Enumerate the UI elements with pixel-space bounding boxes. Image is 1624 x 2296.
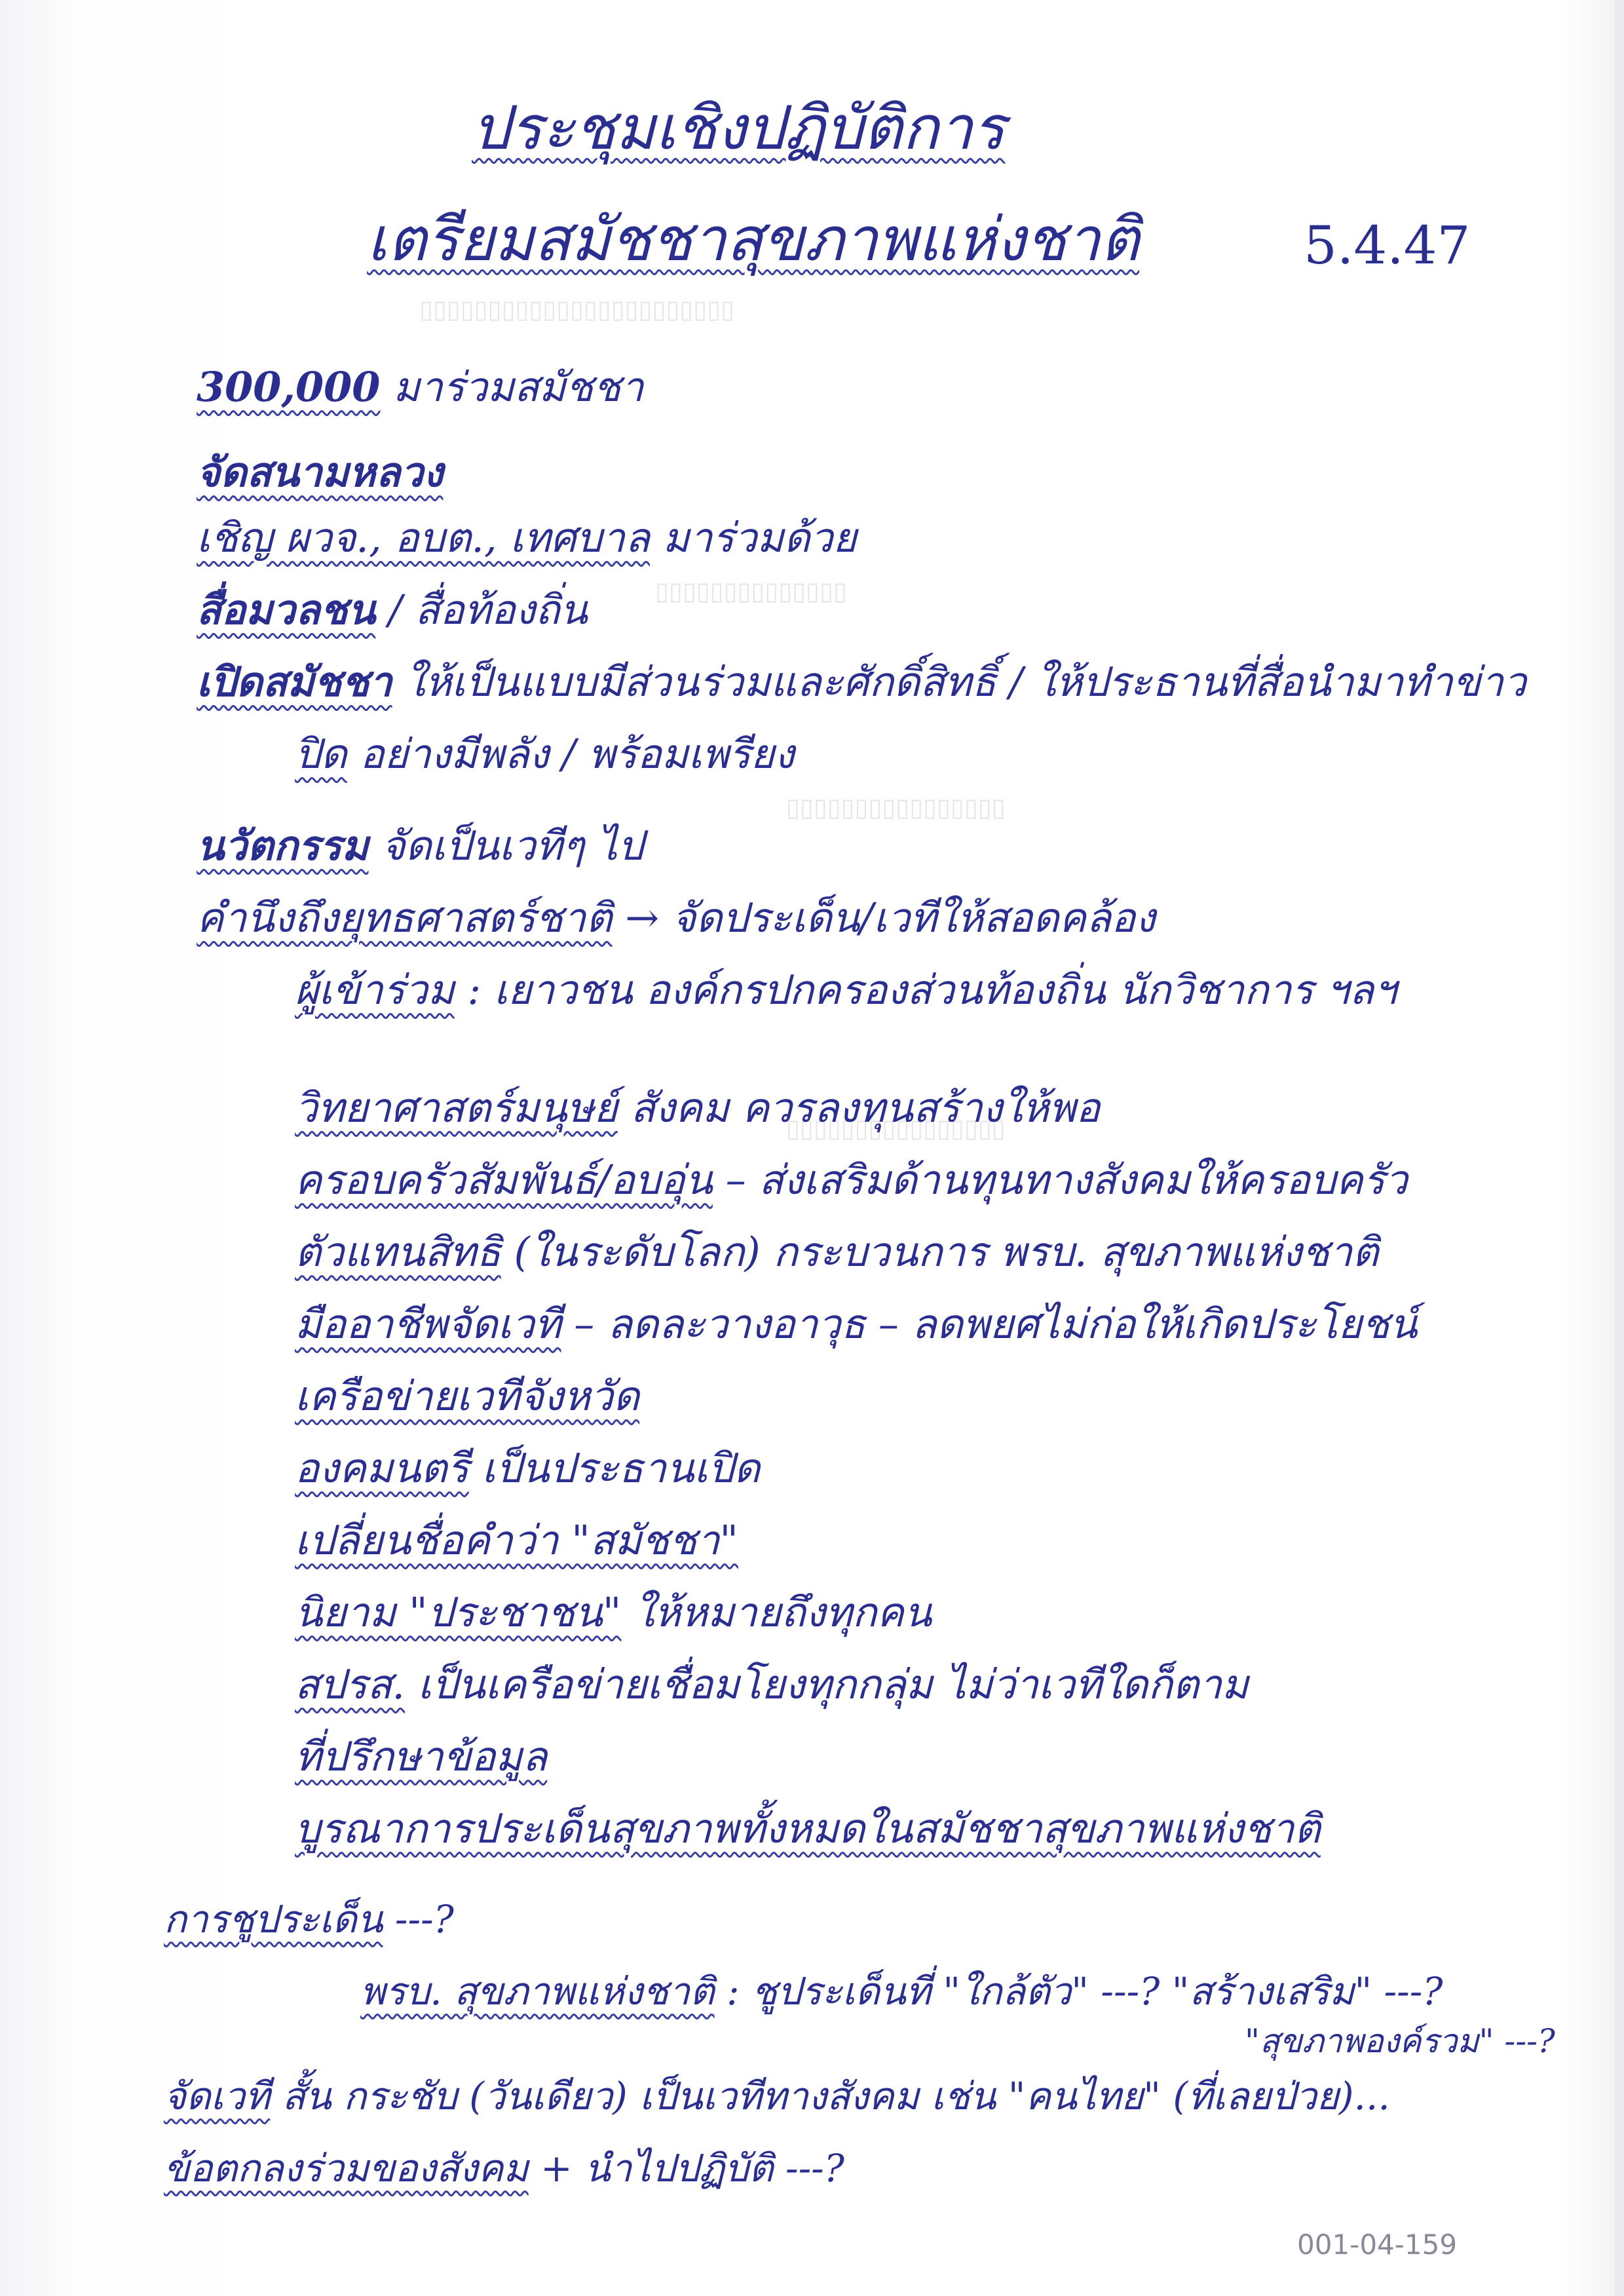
note-lower-line: จัดเวที สั้น กระชับ (วันเดียว) เป็นเวทีท…: [164, 2077, 1390, 2115]
note-line-heading: นวัตกรรม: [197, 822, 368, 870]
note-line-text: – ส่งเสริมด้านทุนทางสังคมให้ครอบครัว: [713, 1156, 1408, 1204]
note-line: จัดสนามหลวง: [197, 452, 443, 493]
note-line-heading: เปลี่ยนชื่อคำว่า "สมัชชา": [295, 1516, 738, 1564]
note-line: สปรส. เป็นเครือข่ายเชื่อมโยงทุกกลุ่ม ไม่…: [295, 1664, 1249, 1705]
note-line-heading: เครือข่ายเวทีจังหวัด: [295, 1372, 639, 1420]
note-line-text: → จัดประเด็น/เวทีให้สอดคล้อง: [613, 894, 1156, 942]
note-line-text: – ลดละวางอาวุธ – ลดพยศไม่ก่อให้เกิดประโย…: [561, 1300, 1418, 1348]
bleed-through-text: ▯▯▯▯▯▯▯▯▯▯▯▯▯▯▯▯▯▯▯▯▯▯▯: [419, 295, 734, 324]
archive-stamp: 001-04-159: [1297, 2231, 1457, 2259]
note-line-text: ให้หมายถึงทุกคน: [621, 1588, 932, 1636]
note-lower-line: ข้อตกลงร่วมของสังคม + นำไปปฏิบัติ ---?: [164, 2149, 844, 2187]
note-line-text: / สื่อท้องถิ่น: [375, 586, 588, 634]
note-line-heading: การชูประเด็น: [164, 1897, 383, 1942]
note-line-text: เป็นเครือข่ายเชื่อมโยงทุกกลุ่ม ไม่ว่าเวท…: [405, 1660, 1249, 1708]
note-line-text: + นำไปปฏิบัติ ---?: [529, 2146, 844, 2191]
note-line: ผู้เข้าร่วม : เยาวชน องค์กรปกครองส่วนท้อ…: [295, 970, 1397, 1010]
note-line-text: (ในระดับโลก) กระบวนการ พรบ. สุขภาพแห่งชา…: [501, 1228, 1379, 1276]
bleed-through-text: ▯▯▯▯▯▯▯▯▯▯▯▯▯▯▯▯: [786, 793, 1006, 822]
note-line: องคมนตรี เป็นประธานเปิด: [295, 1448, 760, 1489]
note-line-heading: 300,000: [197, 363, 380, 411]
note-date: 5.4.47: [1304, 220, 1470, 272]
note-line: เชิญ ผวจ., อบต., เทศบาล มาร่วมด้วย: [197, 518, 857, 558]
bleed-through-text: ▯▯▯▯▯▯▯▯▯▯▯▯▯▯: [655, 577, 847, 605]
note-line-text: ---?: [383, 1897, 453, 1942]
page-edge: [1615, 0, 1624, 2296]
note-line-text: ให้เป็นแบบมีส่วนร่วมและศักดิ์สิทธิ์ / ให…: [392, 658, 1526, 706]
note-line: มืออาชีพจัดเวที – ลดละวางอาวุธ – ลดพยศไม…: [295, 1304, 1417, 1345]
note-line: 300,000 มาร่วมสมัชชา: [197, 367, 644, 408]
note-line-heading: ปิด: [295, 730, 347, 778]
note-line: วิทยาศาสตร์มนุษย์ สังคม ควรลงทุนสร้างให้…: [295, 1088, 1100, 1128]
note-line-heading: นิยาม "ประชาชน": [295, 1588, 621, 1636]
note-line-heading: จัดเวที: [164, 2074, 270, 2118]
note-line-text: "สุขภาพองค์รวม" ---?: [1245, 2022, 1555, 2060]
note-line: สื่อมวลชน / สื่อท้องถิ่น: [197, 590, 588, 630]
note-line-heading: พรบ. สุขภาพแห่งชาติ: [360, 1969, 715, 2014]
note-lower-line: การชูประเด็น ---?: [164, 1900, 454, 1938]
note-line-text: : ชูประเด็นที่ "ใกล้ตัว" ---? "สร้างเสริ…: [715, 1969, 1443, 2014]
note-lower-line: "สุขภาพองค์รวม" ---?: [1245, 2025, 1555, 2057]
note-line: ครอบครัวสัมพันธ์/อบอุ่น – ส่งเสริมด้านทุ…: [295, 1160, 1408, 1200]
note-line: ปิด อย่างมีพลัง / พร้อมเพรียง: [295, 734, 795, 775]
note-line-heading: เชิญ ผวจ., อบต., เทศบาล: [197, 514, 650, 562]
note-line-heading: ตัวแทนสิทธิ: [295, 1228, 501, 1276]
note-line-text: เป็นประธานเปิด: [469, 1444, 760, 1492]
note-line: นวัตกรรม จัดเป็นเวทีๆ ไป: [197, 826, 643, 866]
note-line-heading: มืออาชีพจัดเวที: [295, 1300, 561, 1348]
note-line-text: : เยาวชน องค์กรปกครองส่วนท้องถิ่น นักวิช…: [455, 966, 1397, 1014]
note-line-heading: วิทยาศาสตร์มนุษย์: [295, 1084, 618, 1132]
title-line-1: ประชุมเชิงปฏิบัติการ: [472, 98, 1005, 159]
note-line-heading: ผู้เข้าร่วม: [295, 966, 455, 1014]
note-line-heading: ครอบครัวสัมพันธ์/อบอุ่น: [295, 1156, 713, 1204]
note-line-heading: เปิดสมัชชา: [197, 658, 392, 706]
note-line-heading: สปรส.: [295, 1660, 405, 1708]
note-line: เปลี่ยนชื่อคำว่า "สมัชชา": [295, 1520, 738, 1561]
note-line-text: มาร่วมสมัชชา: [380, 363, 643, 411]
note-lower-line: พรบ. สุขภาพแห่งชาติ : ชูประเด็นที่ "ใกล้…: [360, 1972, 1443, 2010]
note-line-heading: คำนึงถึงยุทธศาสตร์ชาติ: [197, 894, 613, 942]
note-line: นิยาม "ประชาชน" ให้หมายถึงทุกคน: [295, 1592, 932, 1633]
note-line-heading: ข้อตกลงร่วมของสังคม: [164, 2146, 529, 2191]
note-line: คำนึงถึงยุทธศาสตร์ชาติ → จัดประเด็น/เวที…: [197, 898, 1156, 938]
note-line-text: สังคม ควรลงทุนสร้างให้พอ: [618, 1084, 1100, 1132]
note-line-heading: องคมนตรี: [295, 1444, 469, 1492]
note-line-text: มาร่วมด้วย: [650, 514, 857, 562]
scanned-page: ▯▯▯▯▯▯▯▯▯▯▯▯▯▯▯▯▯▯▯▯▯▯▯ ▯▯▯▯▯▯▯▯▯▯▯▯▯▯ ▯…: [0, 0, 1624, 2296]
note-line: เปิดสมัชชา ให้เป็นแบบมีส่วนร่วมและศักดิ์…: [197, 662, 1526, 702]
note-line: เครือข่ายเวทีจังหวัด: [295, 1376, 639, 1417]
note-line: ที่ปรึกษาข้อมูล: [295, 1736, 547, 1777]
note-line-heading: จัดสนามหลวง: [197, 448, 443, 496]
note-line-heading: สื่อมวลชน: [197, 586, 375, 634]
note-line-heading: บูรณาการประเด็นสุขภาพทั้งหมดในสมัชชาสุขภ…: [295, 1805, 1321, 1852]
note-line: ตัวแทนสิทธิ (ในระดับโลก) กระบวนการ พรบ. …: [295, 1232, 1378, 1272]
note-line: บูรณาการประเด็นสุขภาพทั้งหมดในสมัชชาสุขภ…: [295, 1808, 1321, 1849]
title-line-2: เตรียมสมัชชาสุขภาพแห่งชาติ: [367, 210, 1139, 270]
note-line-text: จัดเป็นเวทีๆ ไป: [368, 822, 643, 870]
note-line-text: อย่างมีพลัง / พร้อมเพรียง: [347, 730, 795, 778]
note-line-heading: ที่ปรึกษาข้อมูล: [295, 1732, 547, 1780]
note-line-text: สั้น กระชับ (วันเดียว) เป็นเวทีทางสังคม …: [270, 2074, 1390, 2118]
